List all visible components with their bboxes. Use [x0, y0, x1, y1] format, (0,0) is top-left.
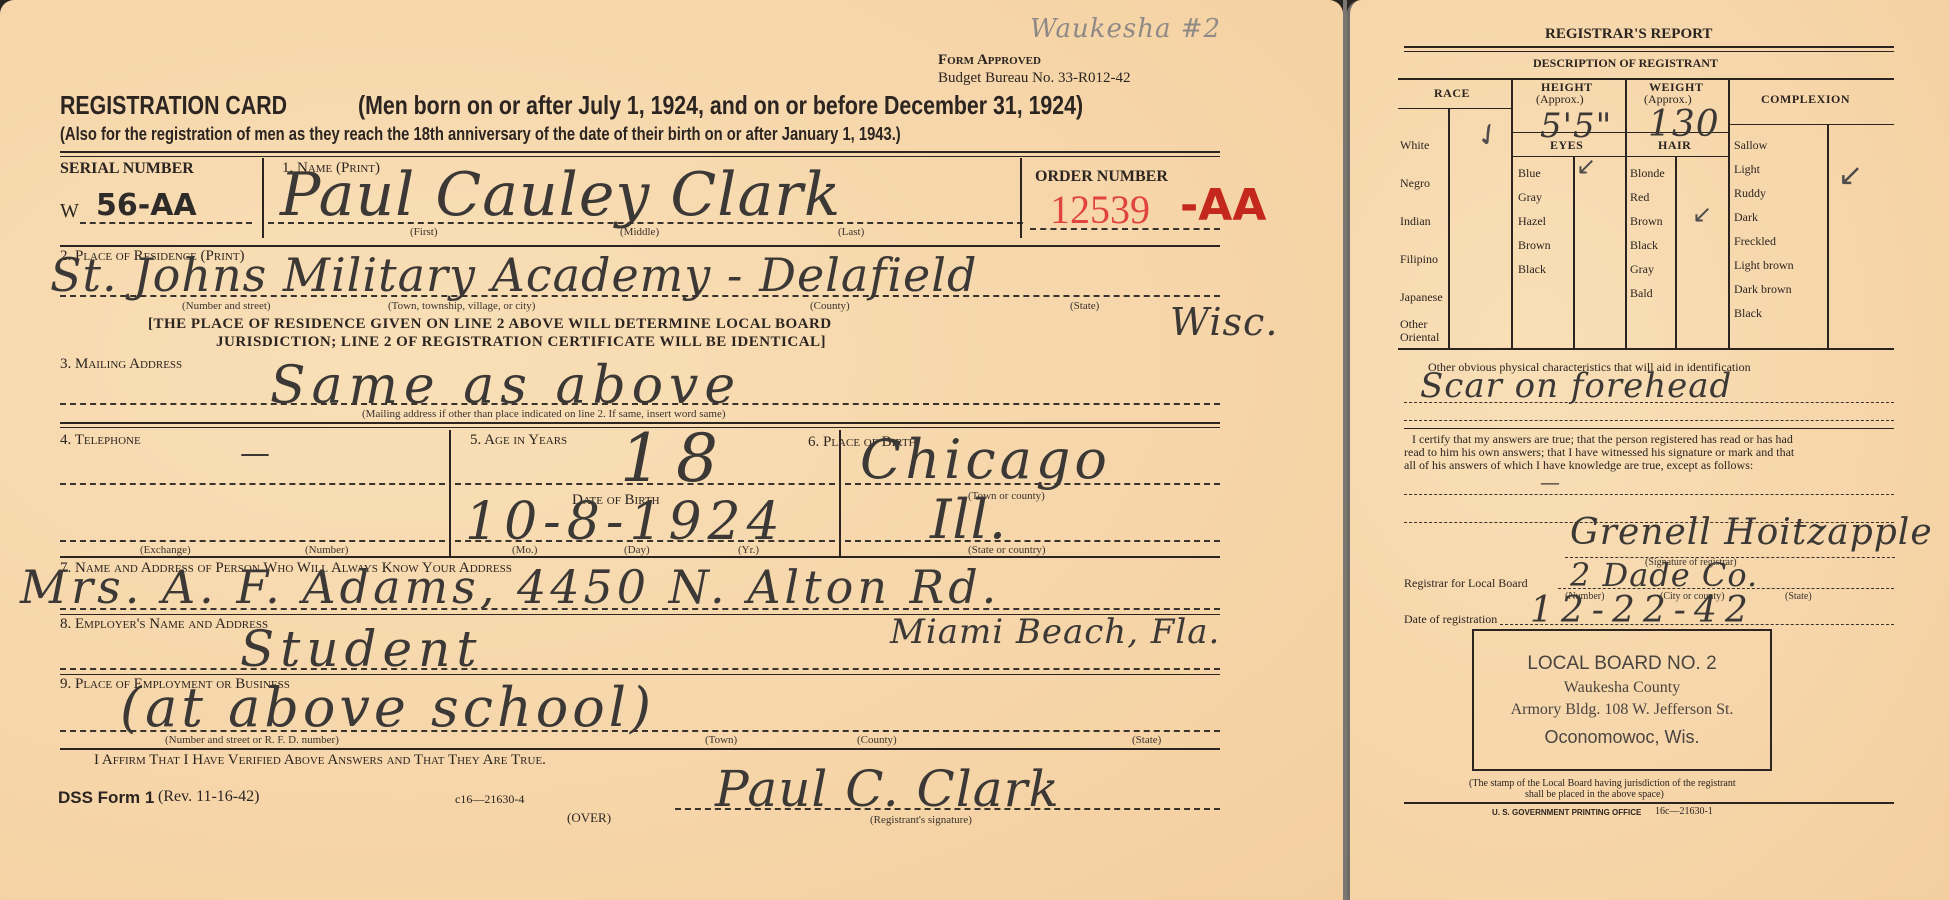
registrant-name: Paul Cauley Clark — [280, 160, 841, 230]
caption-last: (Last) — [838, 226, 864, 238]
caption-town: (Town, township, village, or city) — [388, 300, 535, 312]
margin-note: Waukesha #2 — [1030, 14, 1221, 44]
caption-board-state: (State) — [1785, 591, 1812, 602]
weight-value: 130 — [1648, 104, 1720, 145]
residence-notice-2: JURISDICTION; LINE 2 OF REGISTRATION CER… — [216, 334, 826, 351]
order-number-suffix: -AA — [1180, 180, 1266, 231]
date-of-birth-value: 10-8-1924 — [465, 492, 786, 552]
printer-code: 16c—21630-1 — [1655, 806, 1713, 817]
over-text: (OVER) — [567, 810, 611, 826]
card-title: REGISTRATION CARD — [60, 90, 287, 121]
eyes-hazel: Hazel — [1518, 214, 1546, 229]
employer-label: 8. Employer's Name and Address — [60, 616, 268, 633]
caption-number: (Number) — [305, 544, 348, 556]
caption-county: (County) — [810, 300, 850, 312]
mailing-address-value: Same as above — [270, 356, 741, 416]
hair-red: Red — [1630, 190, 1649, 205]
stamp-board-number: LOCAL BOARD NO. 2 — [1474, 653, 1770, 675]
eyes-black: Black — [1518, 262, 1546, 277]
hair-blonde: Blonde — [1630, 166, 1665, 181]
description-table: RACE HEIGHT (Approx.) WEIGHT (Approx.) C… — [1398, 78, 1894, 348]
height-value: 5'5" — [1540, 106, 1612, 146]
stamp-note-2: shall be placed in the above space) — [1525, 789, 1664, 800]
residence-value: St. Johns Military Academy - Delafield — [50, 248, 977, 302]
registration-card-front: Waukesha #2 Form Approved Budget Bureau … — [0, 0, 1343, 900]
complexion-light: Light — [1734, 162, 1760, 177]
description-subtitle: DESCRIPTION OF REGISTRANT — [1533, 56, 1718, 71]
local-board-stamp: LOCAL BOARD NO. 2 Waukesha County Armory… — [1472, 629, 1772, 771]
caption-rfd: (Number and street or R. F. D. number) — [165, 734, 339, 746]
complexion-header: COMPLEXION — [1761, 92, 1850, 107]
serial-number-value: 56-AA — [96, 188, 197, 223]
serial-number-label: SERIAL NUMBER — [60, 160, 194, 178]
caption-middle: (Middle) — [620, 226, 659, 238]
eyes-brown: Brown — [1518, 238, 1551, 253]
check-eyes-icon: ↙ — [1576, 152, 1596, 180]
caption-first: (First) — [410, 226, 438, 238]
hair-gray: Gray — [1630, 262, 1654, 277]
card-subtitle: (Also for the registration of men as the… — [60, 124, 1044, 145]
height-approx: (Approx.) — [1536, 92, 1584, 107]
mailing-caption: (Mailing address if other than place ind… — [362, 408, 726, 420]
race-negro: Negro — [1400, 176, 1430, 191]
race-japanese: Japanese — [1400, 290, 1443, 305]
race-filipino: Filipino — [1400, 252, 1438, 267]
complexion-freckled: Freckled — [1734, 234, 1776, 249]
caption-exchange: (Exchange) — [140, 544, 191, 556]
caption-state-9: (State) — [1132, 734, 1161, 746]
form-revision: (Rev. 11-16-42) — [158, 788, 259, 806]
age-value: 18 — [620, 420, 732, 497]
race-indian: Indian — [1400, 214, 1431, 229]
order-number-stamped: 12539 — [1050, 186, 1150, 233]
exceptions-value: — — [1540, 470, 1561, 494]
caption-day: (Day) — [624, 544, 650, 556]
complexion-ruddy: Ruddy — [1734, 186, 1766, 201]
card-title-scope: (Men born on or after July 1, 1924, and … — [358, 90, 1096, 121]
stamp-note-1: (The stamp of the Local Board having jur… — [1469, 778, 1736, 789]
residence-value-cont: Wisc. — [1170, 300, 1278, 344]
eyes-gray: Gray — [1518, 190, 1542, 205]
contact-value: Mrs. A. F. Adams, 4450 N. Alton Rd. — [20, 560, 1000, 614]
stamp-address: Armory Bldg. 108 W. Jefferson St. — [1474, 701, 1770, 719]
certify-line-3: all of his answers of which I have knowl… — [1404, 458, 1753, 473]
caption-street: (Number and street) — [182, 300, 271, 312]
budget-bureau-number: Budget Bureau No. 33-R012-42 — [938, 70, 1130, 87]
date-of-registration-label: Date of registration — [1404, 612, 1497, 627]
complexion-light-brown: Light brown — [1734, 258, 1794, 273]
complexion-sallow: Sallow — [1734, 138, 1767, 153]
race-other-oriental: Other Oriental — [1400, 318, 1450, 344]
mailing-address-label: 3. Mailing Address — [60, 356, 182, 373]
residence-notice-1: [THE PLACE OF RESIDENCE GIVEN ON LINE 2 … — [148, 316, 832, 333]
printer-name: U. S. GOVERNMENT PRINTING OFFICE — [1492, 808, 1641, 817]
contact-value-cont: Miami Beach, Fla. — [890, 612, 1220, 652]
race-white: White — [1400, 138, 1429, 153]
complexion-dark: Dark — [1734, 210, 1758, 225]
serial-prefix: W — [60, 200, 79, 223]
affirmation-text: I Affirm That I Have Verified Above Answ… — [94, 752, 546, 769]
telephone-label: 4. Telephone — [60, 432, 141, 449]
signature-caption: (Registrant's signature) — [870, 814, 972, 826]
form-approved: Form Approved — [938, 52, 1041, 69]
local-board-label: Registrar for Local Board — [1404, 576, 1528, 591]
birth-town-value: Chicago — [860, 428, 1111, 491]
stamp-county: Waukesha County — [1474, 679, 1770, 697]
caption-county-9: (County) — [857, 734, 897, 746]
print-code: c16—21630-4 — [455, 792, 524, 807]
registrar-report-title: REGISTRAR'S REPORT — [1545, 26, 1712, 43]
hair-brown: Brown — [1630, 214, 1663, 229]
order-number-label: ORDER NUMBER — [1035, 168, 1168, 186]
telephone-value: — — [240, 436, 271, 471]
check-race-icon: ✓ — [1469, 114, 1508, 157]
stamp-city: Oconomowoc, Wis. — [1474, 727, 1770, 748]
hair-black: Black — [1630, 238, 1658, 253]
other-characteristics-value: Scar on forehead — [1420, 366, 1732, 406]
registrar-signature: Grenell Hoitzapple — [1570, 512, 1933, 553]
caption-month: (Mo.) — [512, 544, 537, 556]
caption-state: (State) — [1070, 300, 1099, 312]
complexion-dark-brown: Dark brown — [1734, 282, 1792, 297]
caption-state-country: (State or country) — [968, 544, 1046, 556]
caption-year: (Yr.) — [738, 544, 759, 556]
caption-town-9: (Town) — [705, 734, 737, 746]
race-header: RACE — [1434, 86, 1470, 101]
check-complexion-icon: ↙ — [1838, 158, 1863, 193]
hair-bald: Bald — [1630, 286, 1653, 301]
eyes-blue: Blue — [1518, 166, 1541, 181]
form-id: DSS Form 1 — [58, 788, 154, 808]
check-hair-icon: ↙ — [1692, 200, 1712, 228]
age-label: 5. Age in Years — [470, 432, 567, 449]
complexion-black: Black — [1734, 306, 1762, 321]
